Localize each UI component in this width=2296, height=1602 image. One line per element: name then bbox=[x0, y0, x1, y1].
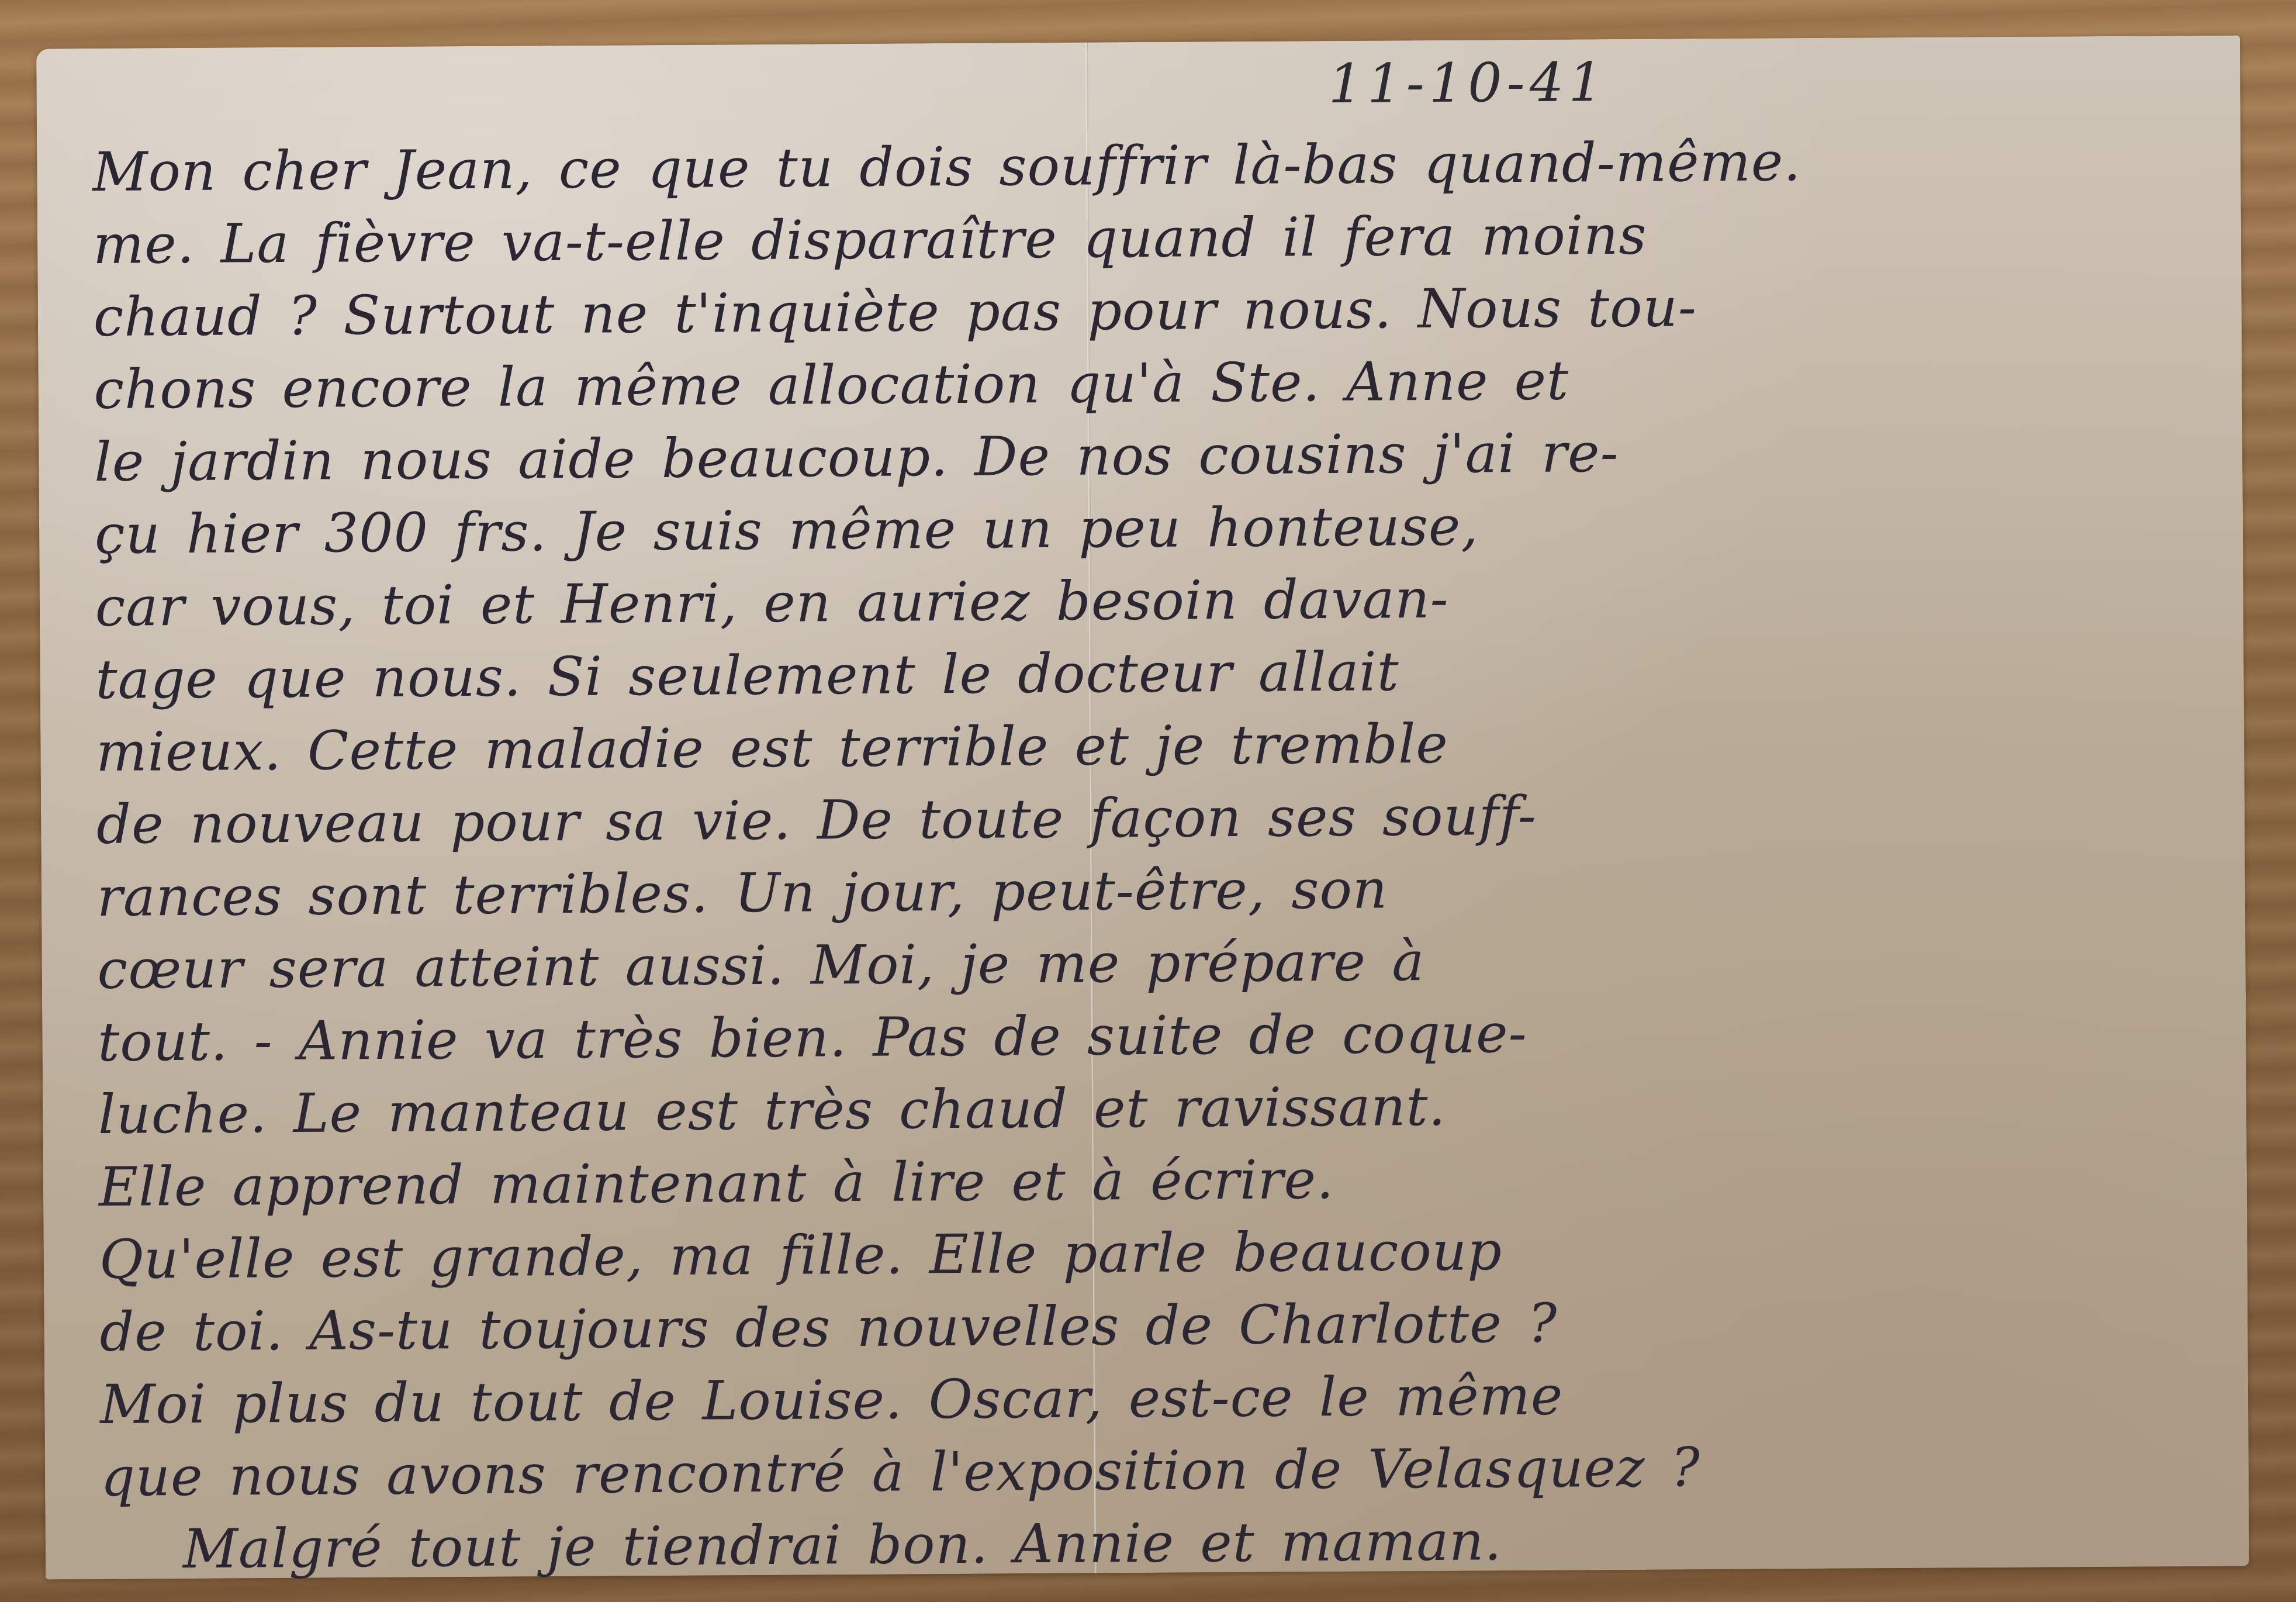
letter-line: rances sont terribles. Un jour, peut-êtr… bbox=[97, 848, 2202, 934]
letter-line: çu hier 300 frs. Je suis même un peu hon… bbox=[95, 486, 2200, 571]
letter-line: Mon cher Jean, ce que tu dois souffrir l… bbox=[92, 123, 2197, 209]
letter-closing: Malgré tout je tiendrai bon. Annie et ma… bbox=[101, 1501, 2205, 1586]
letter-line: chons encore la même allocation qu'à Ste… bbox=[94, 341, 2198, 426]
letter-line: mieux. Cette maladie est terrible et je … bbox=[96, 703, 2201, 789]
letter-line: que nous avons rencontré à l'exposition … bbox=[101, 1428, 2205, 1514]
postcard: 11-10-41 Mon cher Jean, ce que tu dois s… bbox=[36, 36, 2249, 1580]
letter-line: de nouveau pour sa vie. De toute façon s… bbox=[96, 776, 2201, 861]
letter-line: cœur sera atteint aussi. Moi, je me prép… bbox=[97, 921, 2202, 1006]
letter-line: Qu'elle est grande, ma fille. Elle parle… bbox=[99, 1211, 2204, 1296]
letter-line: tout. - Annie va très bien. Pas de suite… bbox=[98, 993, 2202, 1079]
letter-line: de toi. As-tu toujours des nouvelles de … bbox=[99, 1283, 2204, 1369]
letter-line: me. La fièvre va-t-elle disparaître quan… bbox=[93, 196, 2198, 281]
letter-line: Elle apprend maintenant à lire et à écri… bbox=[99, 1138, 2204, 1224]
letter-line: tage que nous. Si seulement le docteur a… bbox=[95, 631, 2200, 716]
letter-line: le jardin nous aide beaucoup. De nos cou… bbox=[94, 413, 2199, 499]
letter-line: Moi plus du tout de Louise. Oscar, est-c… bbox=[100, 1356, 2205, 1441]
letter-line: chaud ? Surtout ne t'inquiète pas pour n… bbox=[93, 268, 2198, 354]
letter-body: Mon cher Jean, ce que tu dois souffrir l… bbox=[92, 123, 2205, 1586]
letter-date: 11-10-41 bbox=[1328, 51, 1607, 115]
letter-line: luche. Le manteau est très chaud et ravi… bbox=[98, 1066, 2203, 1151]
letter-line: car vous, toi et Henri, en auriez besoin… bbox=[95, 558, 2200, 644]
